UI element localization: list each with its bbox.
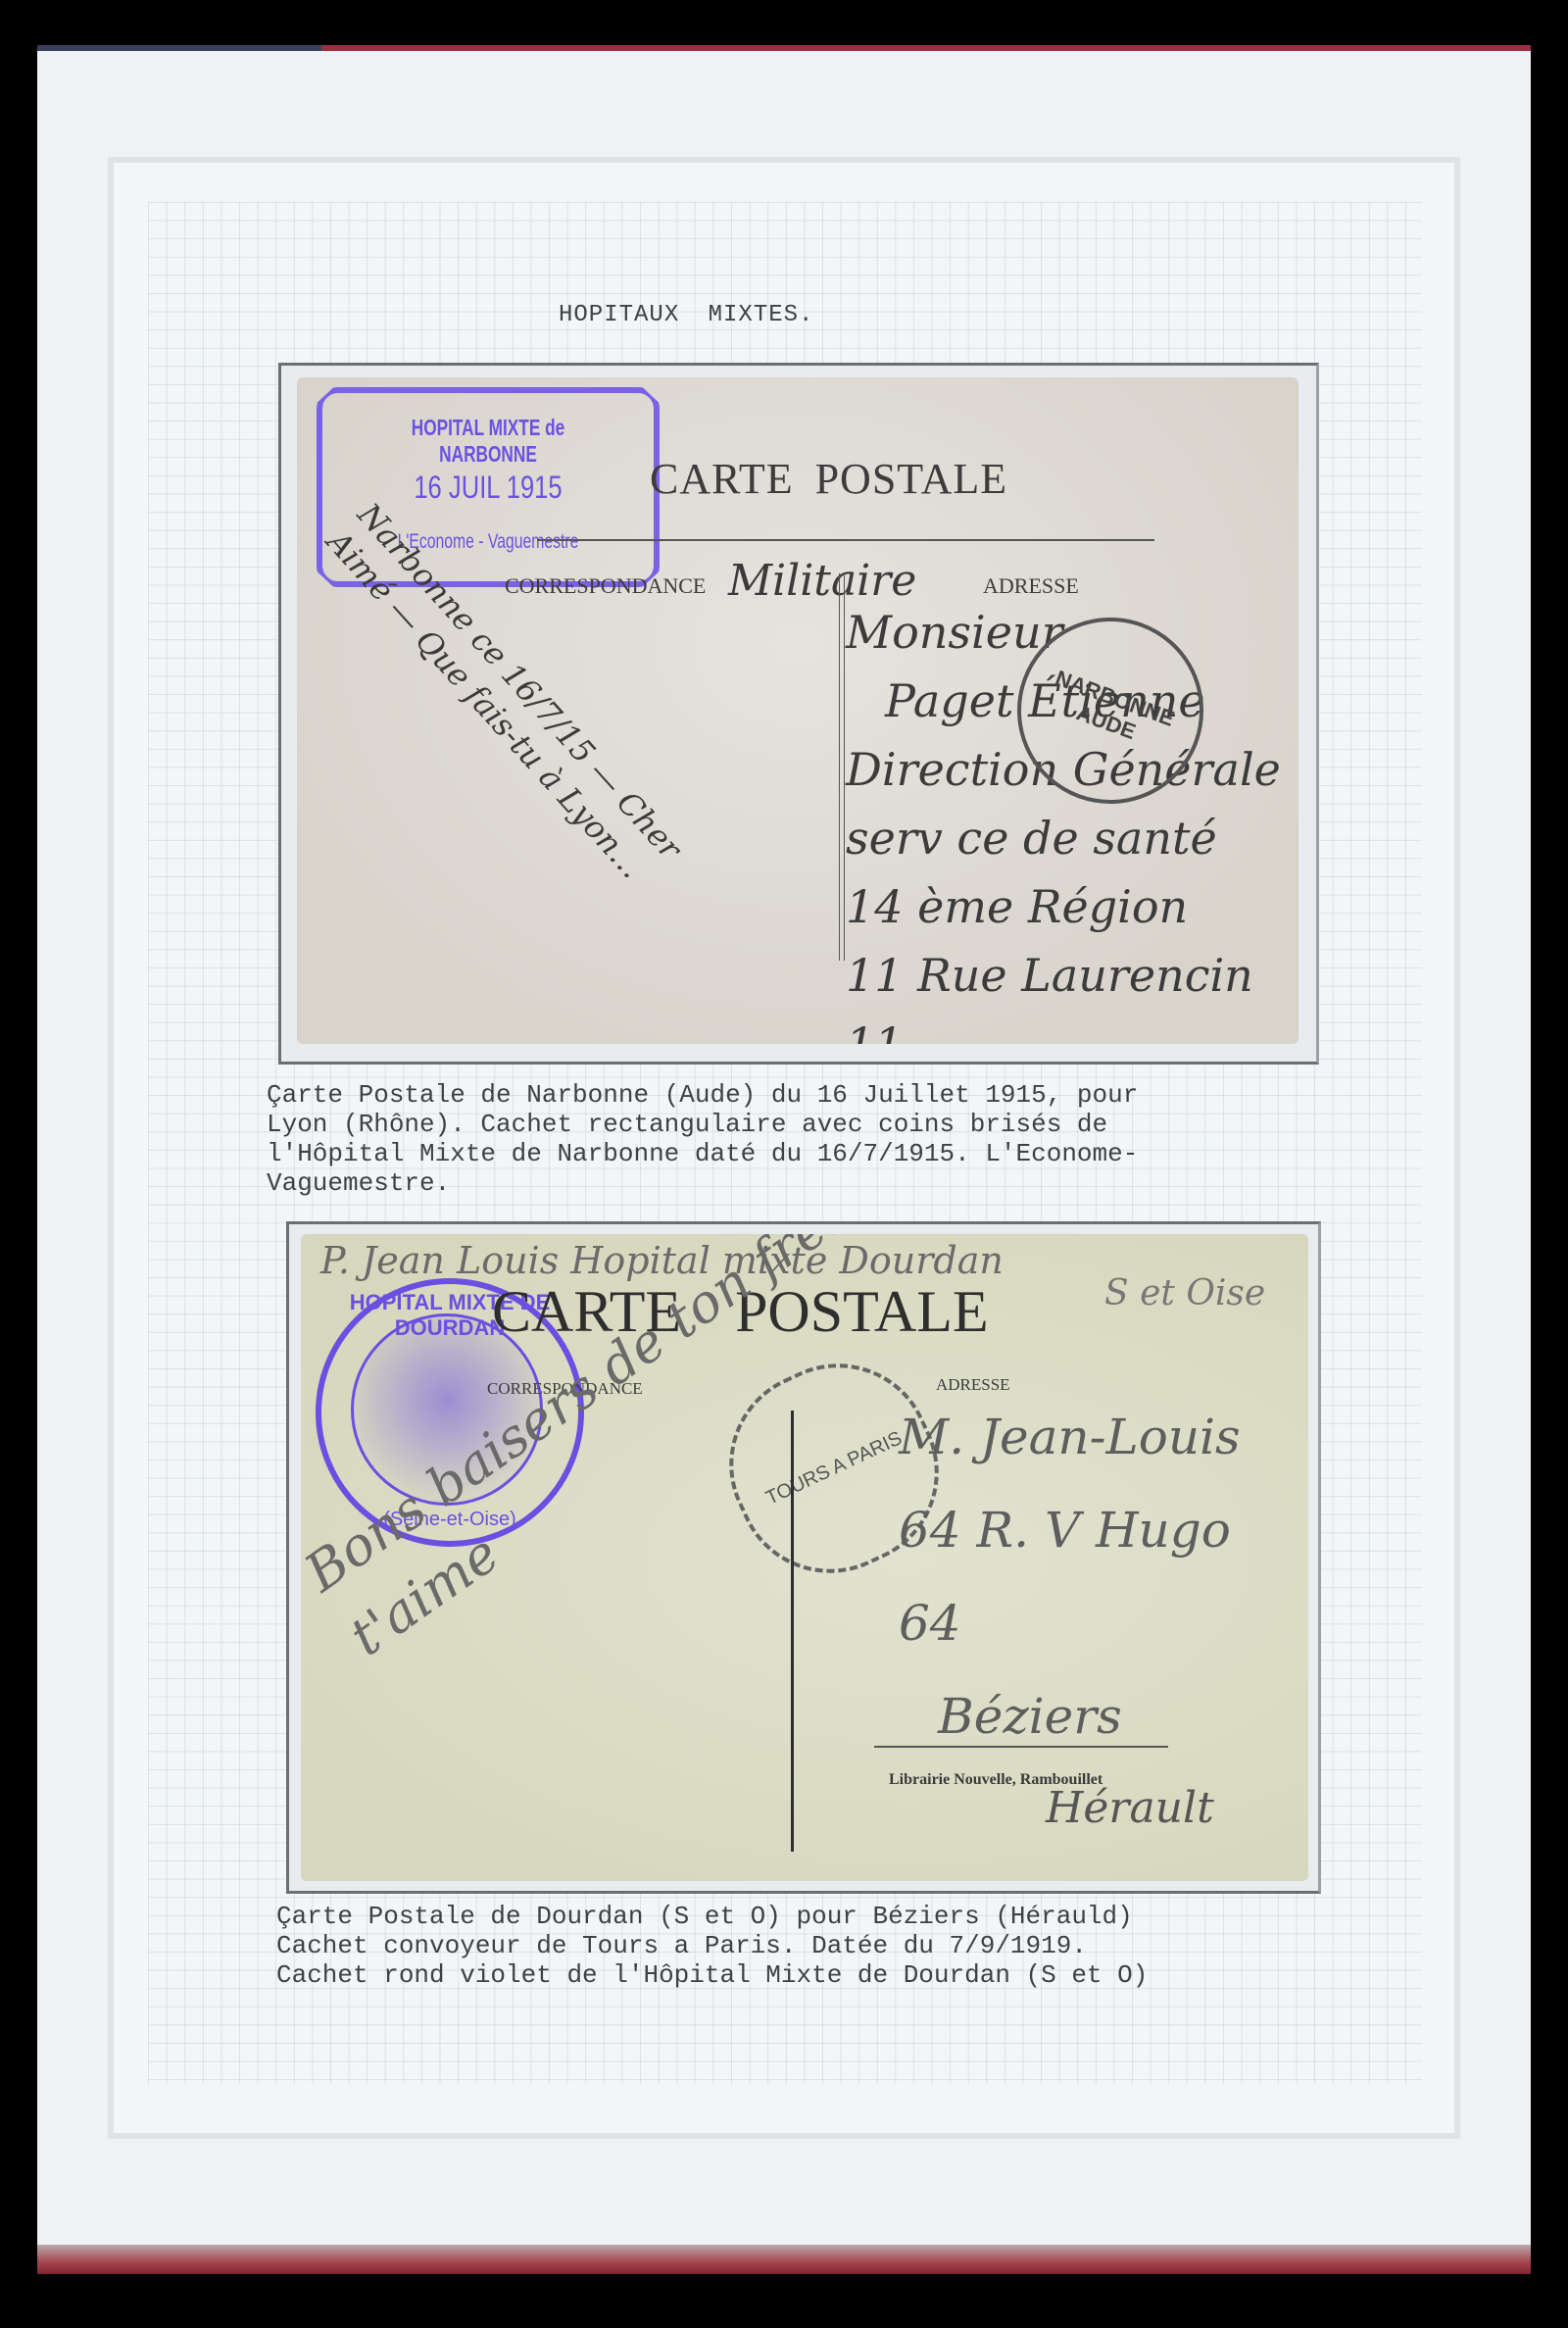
handwritten-dept-top: S et Oise	[1104, 1273, 1265, 1313]
postcard-dourdan: P. Jean Louis Hopital mixte Dourdan S et…	[301, 1234, 1308, 1881]
correspondance-label: CORRESPONDANCE	[505, 573, 706, 599]
postcard-narbonne: HOPITAL MIXTE de NARBONNE 16 JUIL 1915 L…	[297, 377, 1298, 1044]
divider-line	[537, 539, 1154, 541]
album-edge-red	[321, 45, 1531, 51]
adresse-label: ADRESSE	[983, 573, 1079, 599]
postcard-mount-narbonne: HOPITAL MIXTE de NARBONNE 16 JUIL 1915 L…	[278, 363, 1319, 1065]
address-underline	[874, 1746, 1168, 1748]
caption-narbonne: Çarte Postale de Narbonne (Aude) du 16 J…	[267, 1080, 1138, 1198]
postcard-mount-dourdan: P. Jean Louis Hopital mixte Dourdan S et…	[286, 1221, 1321, 1894]
page-title: HOPITAUX MIXTES.	[559, 302, 813, 328]
printed-title: CARTE POSTALE	[650, 454, 1007, 504]
handwritten-department: Hérault	[1046, 1783, 1214, 1833]
center-divider	[791, 1411, 794, 1852]
caption-dourdan: Çarte Postale de Dourdan (S et O) pour B…	[276, 1902, 1148, 1990]
center-divider	[839, 573, 845, 961]
handwritten-address: M. Jean-Louis 64 R. V Hugo 64 Béziers	[899, 1391, 1308, 1763]
album-edge-bottom	[37, 2245, 1531, 2274]
